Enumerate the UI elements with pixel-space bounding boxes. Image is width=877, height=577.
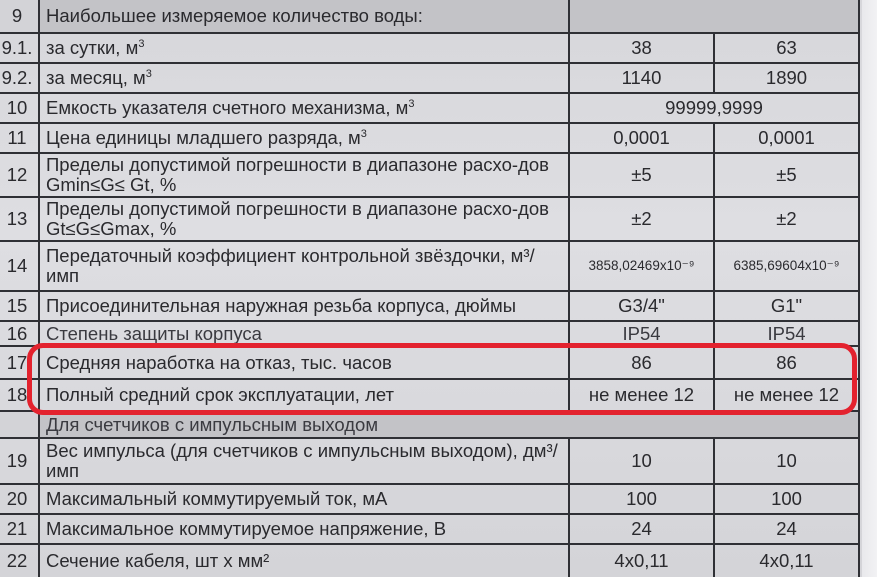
row-value-1: 24 [569,514,714,544]
row-description: Полный средний срок эксплуатации, лет [39,379,569,411]
row-value-1: 3858,02469x10⁻⁹ [569,241,714,291]
row-number: 9.1. [0,33,39,63]
table-row-11: 11 Цена единицы младшего разряда, м3 0,0… [0,123,859,153]
row-description: Степень защиты корпуса [39,321,569,346]
row-value-2: G1" [714,291,859,321]
row-number: 12 [0,153,39,197]
table-row-9: 9 Наибольшее измеряемое количество воды: [0,0,859,33]
table-row-21: 21 Максимальное коммутируемое напряжение… [0,514,859,544]
row-number [0,411,39,438]
table-row-12: 12 Пределы допустимой погрешности в диап… [0,153,859,197]
row-number: 10 [0,93,39,123]
table-row-10: 10 Емкость указателя счетного механизма,… [0,93,859,123]
row-number: 18 [0,379,39,411]
row-value-1: IP54 [569,321,714,346]
table-row-13: 13 Пределы допустимой погрешности в диап… [0,197,859,241]
row-value-1: 38 [569,33,714,63]
row-number: 21 [0,514,39,544]
table-row-15: 15 Присоединительная наружная резьба кор… [0,291,859,321]
row-value-1: 4x0,11 [569,544,714,577]
row-number: 17 [0,346,39,379]
row-number: 19 [0,438,39,484]
table-row-9-2: 9.2. за месяц, м3 1140 1890 [0,63,859,93]
row-description: Наибольшее измеряемое количество воды: [39,0,569,33]
row-number: 22 [0,544,39,577]
row-number: 15 [0,291,39,321]
row-value-1: 0,0001 [569,123,714,153]
row-value-2: 0,0001 [714,123,859,153]
row-value-1: 86 [569,346,714,379]
row-value-1: 10 [569,438,714,484]
table-row-17: 17 Средняя наработка на отказ, тыс. часо… [0,346,859,379]
row-value-merged: 99999,9999 [569,93,859,123]
row-value-2: 24 [714,514,859,544]
row-description: Средняя наработка на отказ, тыс. часов [39,346,569,379]
row-number: 20 [0,484,39,514]
table-row-9-1: 9.1. за сутки, м3 38 63 [0,33,859,63]
row-value-2: 6385,69604x10⁻⁹ [714,241,859,291]
row-description: Емкость указателя счетного механизма, м3 [39,93,569,123]
specification-table: 9 Наибольшее измеряемое количество воды:… [0,0,860,577]
row-value-2: 86 [714,346,859,379]
table-row-19: 19 Вес импульса (для счетчиков с импульс… [0,438,859,484]
row-value-2: 4x0,11 [714,544,859,577]
table-row-18: 18 Полный средний срок эксплуатации, лет… [0,379,859,411]
row-value-1: ±2 [569,197,714,241]
row-number: 16 [0,321,39,346]
row-value-2: 1890 [714,63,859,93]
section-header-row: Для счетчиков с импульсным выходом [0,411,859,438]
row-description: Цена единицы младшего разряда, м3 [39,123,569,153]
table-row-16: 16 Степень защиты корпуса IP54 IP54 [0,321,859,346]
row-value-2: IP54 [714,321,859,346]
row-value-2: ±5 [714,153,859,197]
row-description: Вес импульса (для счетчиков с импульсным… [39,438,569,484]
row-value-empty [569,0,859,33]
row-description: за месяц, м3 [39,63,569,93]
row-value-1: 1140 [569,63,714,93]
row-number: 9.2. [0,63,39,93]
row-description: Максимальный коммутируемый ток, мА [39,484,569,514]
row-description: Пределы допустимой погрешности в диапазо… [39,197,569,241]
row-value-2: 63 [714,33,859,63]
row-number: 9 [0,0,39,33]
row-value-1: 100 [569,484,714,514]
page-edge [862,0,877,577]
row-description: Максимальное коммутируемое напряжение, В [39,514,569,544]
row-value-2: 100 [714,484,859,514]
row-description: Пределы допустимой погрешности в диапазо… [39,153,569,197]
row-description: за сутки, м3 [39,33,569,63]
row-description: Сечение кабеля, шт х мм² [39,544,569,577]
table-row-20: 20 Максимальный коммутируемый ток, мА 10… [0,484,859,514]
table-row-14: 14 Передаточный коэффициент контрольной … [0,241,859,291]
row-number: 13 [0,197,39,241]
row-value-2: 10 [714,438,859,484]
row-value-1: G3/4" [569,291,714,321]
row-description: Передаточный коэффициент контрольной звё… [39,241,569,291]
row-value-2: не менее 12 [714,379,859,411]
row-number: 14 [0,241,39,291]
row-number: 11 [0,123,39,153]
row-value-1: не менее 12 [569,379,714,411]
section-header: Для счетчиков с импульсным выходом [39,411,859,438]
row-value-2: ±2 [714,197,859,241]
row-value-1: ±5 [569,153,714,197]
row-description: Присоединительная наружная резьба корпус… [39,291,569,321]
table-row-22: 22 Сечение кабеля, шт х мм² 4x0,11 4x0,1… [0,544,859,577]
